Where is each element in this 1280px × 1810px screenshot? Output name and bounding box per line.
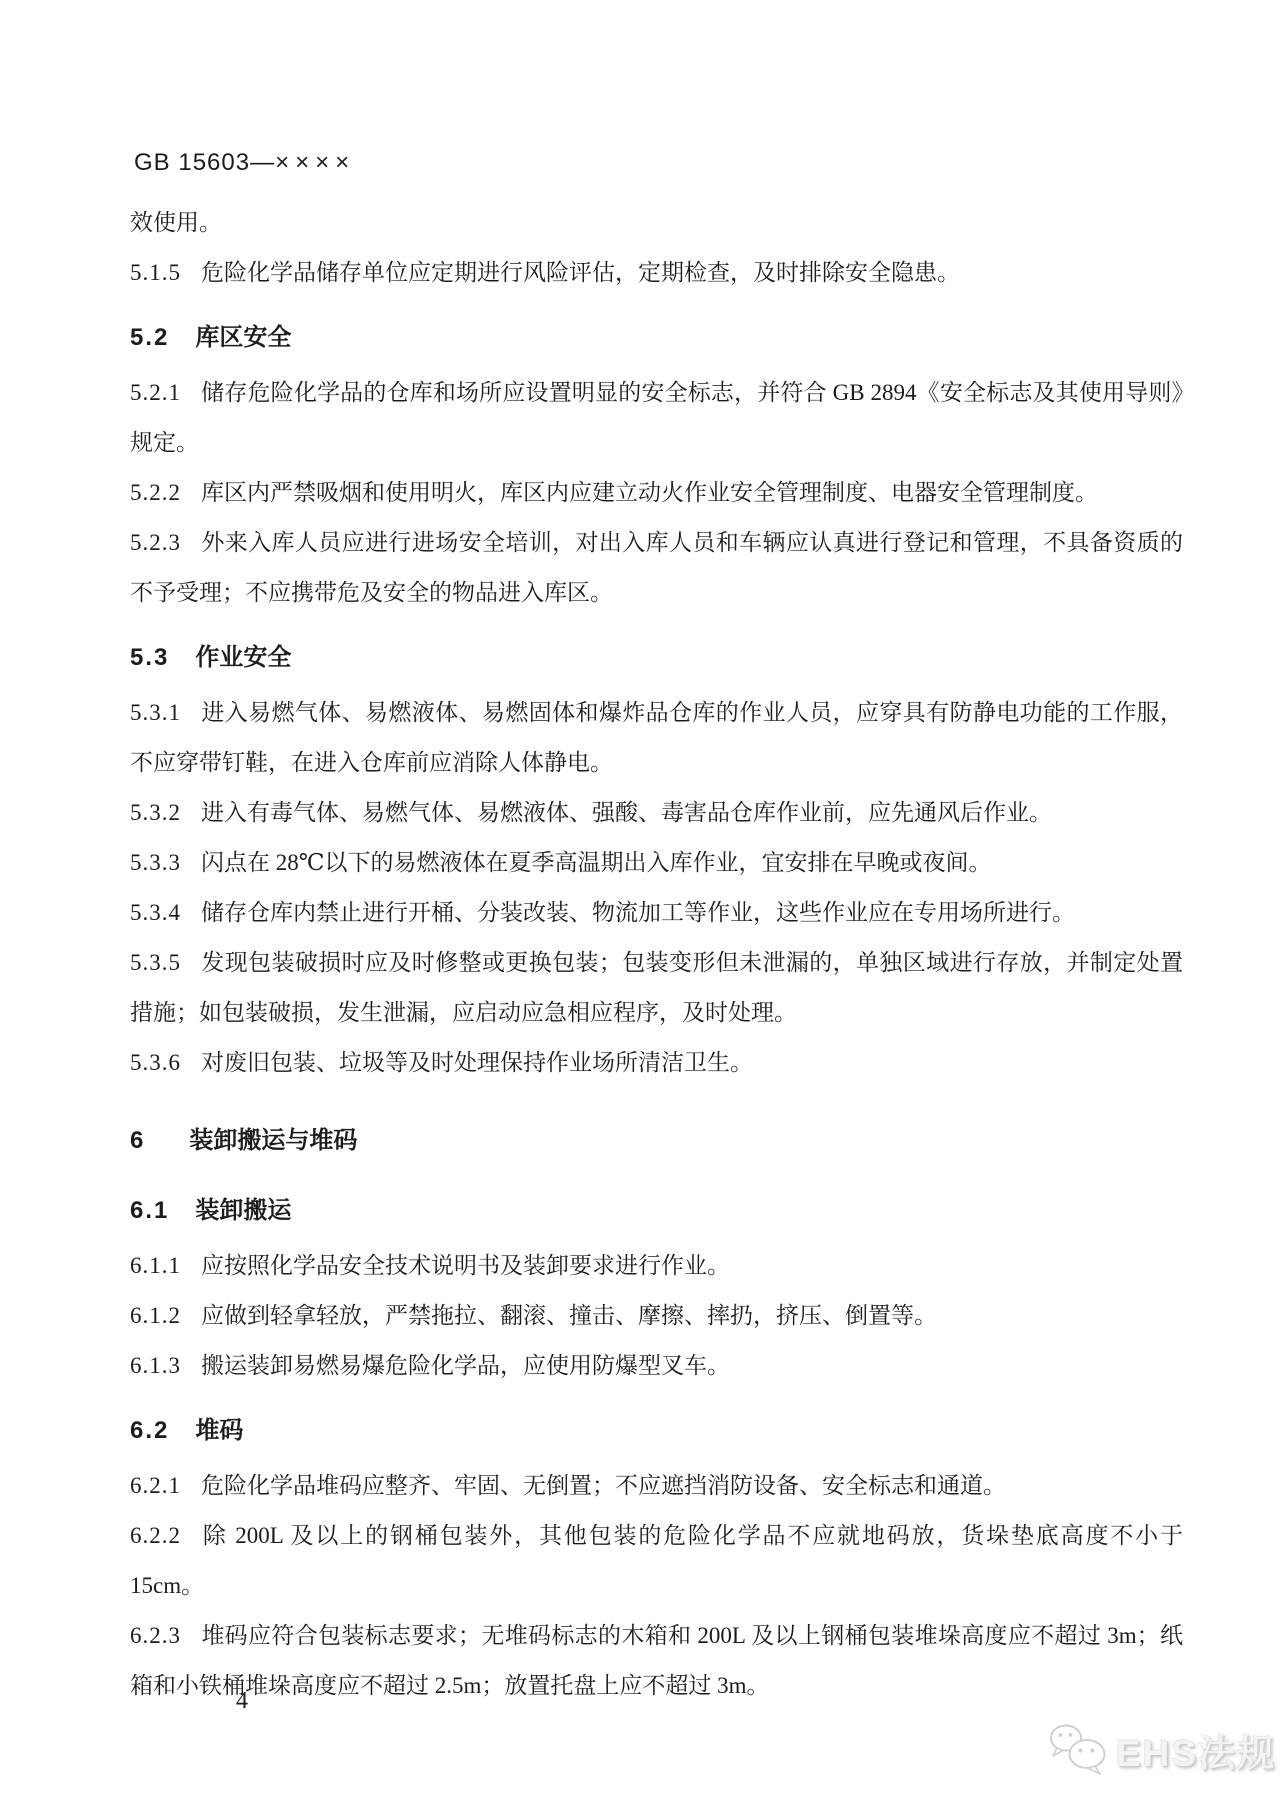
clause-number: 5.1.5 [130,260,181,285]
clause-5-3-6: 5.3.6对废旧包装、垃圾等及时处理保持作业场所清洁卫生。 [130,1038,1183,1088]
clause-5-2-3: 5.2.3外来入库人员应进行进场安全培训，对出入库人员和车辆应认真进行登记和管理… [130,518,1183,618]
clause-text: 应做到轻拿轻放，严禁拖拉、翻滚、撞击、摩擦、摔扔，挤压、倒置等。 [201,1303,937,1328]
section-heading-6-2: 6.2堆码 [130,1406,1183,1456]
clause-text: 进入易燃气体、易燃液体、易燃固体和爆炸品仓库的作业人员，应穿具有防静电功能的工作… [130,700,1183,775]
clause-text: 发现包装破损时应及时修整或更换包装；包装变形但未泄漏的，单独区域进行存放，并制定… [130,950,1183,1025]
clause-text: 外来入库人员应进行进场安全培训，对出入库人员和车辆应认真进行登记和管理，不具备资… [130,530,1183,605]
section-title: 作业安全 [195,644,291,671]
clause-text: 堆码应符合包装标志要求；无堆码标志的木箱和 200L 及以上钢桶包装堆垛高度应不… [130,1623,1183,1698]
clause-5-1-5: 5.1.5危险化学品储存单位应定期进行风险评估，定期检查，及时排除安全隐患。 [130,248,1183,298]
clause-number: 6.1.2 [130,1303,181,1328]
section-title: 库区安全 [195,324,291,351]
clause-number: 6.2.2 [130,1523,181,1548]
paragraph-continuation: 效使用。 [130,198,1183,248]
clause-5-3-1: 5.3.1进入易燃气体、易燃液体、易燃固体和爆炸品仓库的作业人员，应穿具有防静电… [130,688,1183,788]
section-heading-5-2: 5.2库区安全 [130,313,1183,363]
ehs-watermark: EHS法规 [1046,1722,1276,1778]
clause-text: 储存仓库内禁止进行开桶、分装改装、物流加工等作业，这些作业应在专用场所进行。 [201,900,1075,925]
clause-number: 6.2.1 [130,1473,181,1498]
chapter-heading-6: 6装卸搬运与堆码 [130,1116,1183,1166]
page-number: 4 [236,1686,248,1716]
clause-text: 应按照化学品安全技术说明书及装卸要求进行作业。 [201,1253,730,1278]
clause-number: 5.2.3 [130,530,181,555]
clause-number: 5.2.1 [130,380,181,405]
standard-code-header: GB 15603—×××× [134,138,1183,188]
clause-text: 搬运装卸易燃易爆危险化学品，应使用防爆型叉车。 [201,1353,730,1378]
clause-6-2-3: 6.2.3堆码应符合包装标志要求；无堆码标志的木箱和 200L 及以上钢桶包装堆… [130,1611,1183,1711]
clause-number: 6.1.3 [130,1353,181,1378]
section-title: 堆码 [195,1417,243,1444]
clause-5-3-4: 5.3.4储存仓库内禁止进行开桶、分装改装、物流加工等作业，这些作业应在专用场所… [130,888,1183,938]
clause-number: 5.3.4 [130,900,181,925]
clause-5-3-2: 5.3.2进入有毒气体、易燃气体、易燃液体、强酸、毒害品仓库作业前，应先通风后作… [130,788,1183,838]
standard-code-text: GB 15603— [134,149,275,176]
clause-number: 5.3.3 [130,850,181,875]
clause-text: 危险化学品储存单位应定期进行风险评估，定期检查，及时排除安全隐患。 [201,260,960,285]
watermark-label: EHS法规 [1116,1723,1276,1777]
document-page: GB 15603—×××× 效使用。 5.1.5危险化学品储存单位应定期进行风险… [0,0,1280,1810]
standard-code-placeholders: ×××× [275,149,355,176]
clause-number: 6.2.3 [130,1623,181,1648]
clause-text: 闪点在 28℃以下的易燃液体在夏季高温期出入库作业，宜安排在早晚或夜间。 [201,850,991,875]
clause-6-1-3: 6.1.3搬运装卸易燃易爆危险化学品，应使用防爆型叉车。 [130,1341,1183,1391]
section-number: 6.1 [130,1197,169,1224]
clause-6-2-2: 6.2.2除 200L 及以上的钢桶包装外，其他包装的危险化学品不应就地码放，货… [130,1511,1183,1611]
section-number: 5.2 [130,324,169,351]
clause-text: 危险化学品堆码应整齐、牢固、无倒置；不应遮挡消防设备、安全标志和通道。 [201,1473,1006,1498]
wechat-icon [1046,1722,1108,1778]
clause-text: 进入有毒气体、易燃气体、易燃液体、强酸、毒害品仓库作业前，应先通风后作业。 [201,800,1052,825]
section-heading-6-1: 6.1装卸搬运 [130,1186,1183,1236]
clause-5-3-3: 5.3.3闪点在 28℃以下的易燃液体在夏季高温期出入库作业，宜安排在早晚或夜间… [130,838,1183,888]
section-number: 5.3 [130,644,169,671]
section-title: 装卸搬运 [195,1197,291,1224]
clause-6-1-1: 6.1.1应按照化学品安全技术说明书及装卸要求进行作业。 [130,1241,1183,1291]
clause-5-2-2: 5.2.2库区内严禁吸烟和使用明火，库区内应建立动火作业安全管理制度、电器安全管… [130,468,1183,518]
clause-text: 库区内严禁吸烟和使用明火，库区内应建立动火作业安全管理制度、电器安全管理制度。 [201,480,1098,505]
clause-number: 5.2.2 [130,480,181,505]
clause-5-3-5: 5.3.5发现包装破损时应及时修整或更换包装；包装变形但未泄漏的，单独区域进行存… [130,938,1183,1038]
section-number: 6.2 [130,1417,169,1444]
document-content: GB 15603—×××× 效使用。 5.1.5危险化学品储存单位应定期进行风险… [130,138,1183,1711]
clause-text: 储存危险化学品的仓库和场所应设置明显的安全标志，并符合 GB 2894《安全标志… [130,380,1183,455]
clause-number: 5.3.6 [130,1050,181,1075]
chapter-number: 6 [130,1127,143,1154]
clause-text: 除 200L 及以上的钢桶包装外，其他包装的危险化学品不应就地码放，货垛垫底高度… [130,1523,1183,1598]
paragraph-text: 效使用。 [130,210,222,235]
section-heading-5-3: 5.3作业安全 [130,633,1183,683]
clause-text: 对废旧包装、垃圾等及时处理保持作业场所清洁卫生。 [201,1050,753,1075]
clause-5-2-1: 5.2.1储存危险化学品的仓库和场所应设置明显的安全标志，并符合 GB 2894… [130,368,1183,468]
clause-number: 6.1.1 [130,1253,181,1278]
clause-number: 5.3.1 [130,700,181,725]
clause-number: 5.3.2 [130,800,181,825]
chapter-title: 装卸搬运与堆码 [189,1127,357,1154]
clause-6-1-2: 6.1.2应做到轻拿轻放，严禁拖拉、翻滚、撞击、摩擦、摔扔，挤压、倒置等。 [130,1291,1183,1341]
clause-6-2-1: 6.2.1危险化学品堆码应整齐、牢固、无倒置；不应遮挡消防设备、安全标志和通道。 [130,1461,1183,1511]
clause-number: 5.3.5 [130,950,181,975]
